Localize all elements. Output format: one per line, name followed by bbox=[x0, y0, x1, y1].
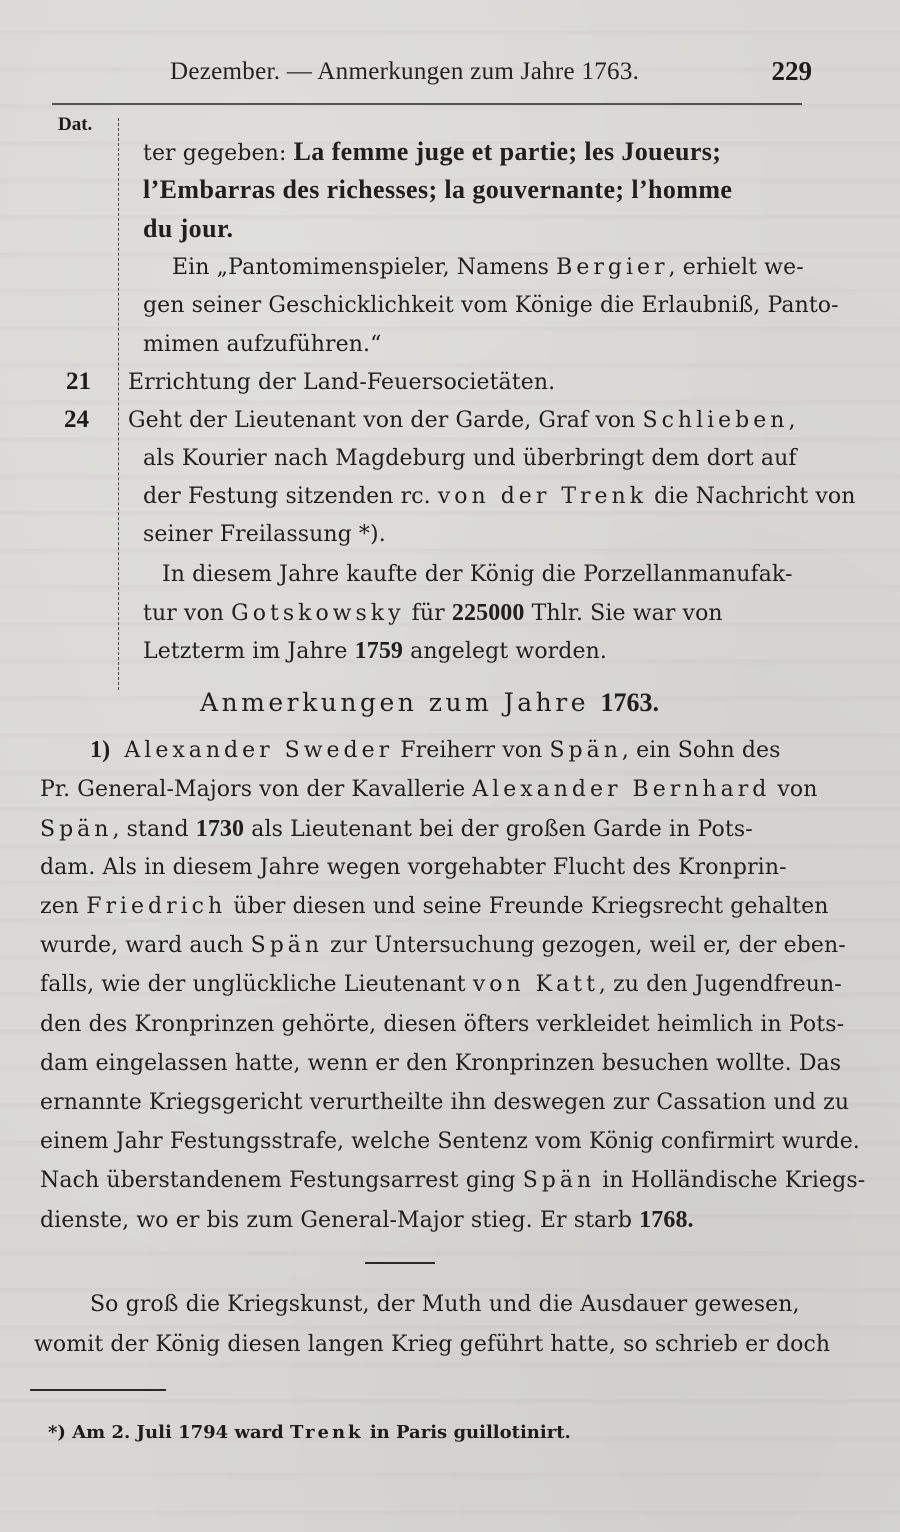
text-segment: zen bbox=[40, 894, 86, 919]
spaced-name: Bergier bbox=[556, 255, 668, 280]
text-line: mimen aufzuführen.“ bbox=[143, 330, 381, 360]
header-rule bbox=[52, 103, 802, 105]
text-line: l’Embarras des richesses; la gouvernante… bbox=[143, 175, 732, 205]
book-page: Dezember. — Anmerkungen zum Jahre 1763. … bbox=[0, 0, 900, 1532]
text-line: du jour. bbox=[143, 214, 233, 244]
section-heading: Anmerkungen zum Jahre 1763. bbox=[200, 688, 659, 718]
margin-column-label: Dat. bbox=[58, 114, 92, 136]
text-line: dienste, wo er bis zum General-Major sti… bbox=[40, 1205, 694, 1236]
text-segment: tur von bbox=[143, 601, 231, 626]
text-segment: zur Untersuchung gezogen, weil er, der e… bbox=[323, 933, 846, 958]
text-segment: , ein Sohn des bbox=[622, 738, 781, 763]
spaced-name: Spän bbox=[549, 738, 621, 763]
text-segment: als Lieutenant bei der großen Garde in P… bbox=[244, 817, 753, 842]
text-line: ernannte Kriegsgericht verurtheilte ihn … bbox=[40, 1088, 849, 1118]
spaced-name: Schlieben bbox=[643, 408, 789, 433]
text-line: Spän, stand 1730 als Lieutenant bei der … bbox=[40, 814, 753, 845]
text-segment: angelegt worden. bbox=[403, 639, 607, 664]
text-line: womit der König diesen langen Krieg gefü… bbox=[34, 1330, 830, 1360]
year: 1730 bbox=[196, 816, 244, 842]
spaced-name: von der Trenk bbox=[438, 484, 647, 509]
text-line: falls, wie der unglückliche Lieutenant v… bbox=[40, 970, 842, 1000]
text-segment: in Holländische Kriegs- bbox=[595, 1168, 865, 1193]
spaced-name: Spän bbox=[40, 817, 112, 842]
text-line: Pr. General-Majors von der Kavallerie Al… bbox=[40, 775, 818, 805]
text-segment: falls, wie der unglückliche Lieutenant bbox=[40, 972, 473, 997]
text-line: So groß die Kriegskunst, der Muth und di… bbox=[90, 1290, 800, 1320]
latin-text: La femme juge et partie; les Joueurs; bbox=[294, 137, 722, 166]
margin-date-24: 24 bbox=[64, 406, 89, 434]
text-segment: Nach überstandenem Festungsarrest ging bbox=[40, 1168, 523, 1193]
page-number: 229 bbox=[772, 56, 813, 87]
text-line: ter gegeben: La femme juge et partie; le… bbox=[143, 137, 815, 169]
margin-divider bbox=[118, 118, 119, 690]
text-line: als Kourier nach Magdeburg und überbring… bbox=[143, 444, 797, 474]
text-line: dam. Als in diesem Jahre wegen vorgehabt… bbox=[40, 853, 787, 883]
text-segment: , stand bbox=[112, 817, 195, 842]
text-segment: über diesen und seine Freunde Kriegsrech… bbox=[226, 894, 828, 919]
text-segment: Am 2. Juli 1794 ward bbox=[66, 1422, 290, 1443]
text-segment: Thlr. Sie war von bbox=[525, 601, 723, 626]
year: 1759 bbox=[355, 638, 403, 664]
text-line: Nach überstandenem Festungsarrest ging S… bbox=[40, 1166, 865, 1196]
margin-date-21: 21 bbox=[66, 368, 91, 396]
entry-21-text: Errichtung der Land-Feuersocietäten. bbox=[128, 368, 555, 398]
text-line: seiner Freilassung *). bbox=[143, 520, 386, 550]
text-line: zen Friedrich über diesen und seine Freu… bbox=[40, 892, 829, 922]
text-segment: , zu den Jugendfreun- bbox=[599, 972, 842, 997]
text-segment: Pr. General-Majors von der Kavallerie bbox=[40, 777, 472, 802]
text-segment: , bbox=[788, 408, 795, 433]
text-line: gen seiner Geschicklichkeit vom Könige d… bbox=[143, 291, 839, 321]
running-header: Dezember. — Anmerkungen zum Jahre 1763. … bbox=[170, 54, 820, 94]
running-title: Dezember. — Anmerkungen zum Jahre 1763. bbox=[170, 58, 639, 86]
footnote: *) Am 2. Juli 1794 ward Trenk in Paris g… bbox=[48, 1422, 571, 1443]
amount: 225000 bbox=[452, 600, 525, 626]
text-segment: Freiherr von bbox=[393, 738, 549, 763]
text-segment: für bbox=[405, 601, 452, 626]
text-segment: wurde, ward auch bbox=[40, 933, 251, 958]
text-line: Ein „Pantomimenspieler, Namens Bergier, … bbox=[172, 253, 804, 283]
section-separator bbox=[365, 1262, 435, 1264]
text-line: wurde, ward auch Spän zur Untersuchung g… bbox=[40, 931, 846, 961]
spaced-name: Spän bbox=[523, 1168, 595, 1193]
spaced-name: Alexander Bernhard bbox=[472, 777, 770, 802]
text-segment: Geht der Lieutenant von der Garde, Graf … bbox=[128, 408, 643, 433]
spaced-name: Alexander Sweder bbox=[124, 738, 393, 763]
text-line: Letzterm im Jahre 1759 angelegt worden. bbox=[143, 636, 607, 667]
text-line: den des Kronprinzen gehörte, diesen öfte… bbox=[40, 1010, 844, 1040]
section-heading-year: 1763. bbox=[600, 688, 659, 717]
spaced-name: von Katt bbox=[473, 972, 599, 997]
text-segment: von bbox=[770, 777, 817, 802]
spaced-name: Trenk bbox=[290, 1422, 364, 1443]
year: 1768. bbox=[639, 1207, 694, 1233]
text-segment: in Paris guillotinirt. bbox=[364, 1422, 571, 1443]
footnote-rule bbox=[30, 1389, 166, 1391]
section-heading-text: Anmerkungen zum Jahre bbox=[200, 688, 600, 717]
footnote-marker: *) bbox=[48, 1422, 66, 1443]
text-segment: Letzterm im Jahre bbox=[143, 639, 355, 664]
spaced-name: Gotskowsky bbox=[231, 601, 404, 626]
text-line: 1) Alexander Sweder Freiherr von Spän, e… bbox=[90, 735, 781, 766]
text-segment: ter gegeben: bbox=[143, 141, 294, 166]
text-segment: die Nachricht von bbox=[647, 484, 856, 509]
text-line: In diesem Jahre kaufte der König die Por… bbox=[162, 560, 793, 590]
text-line: der Festung sitzenden rc. von der Trenk … bbox=[143, 482, 856, 512]
spaced-name: Spän bbox=[251, 933, 323, 958]
spaced-name: Friedrich bbox=[86, 894, 226, 919]
text-segment: dienste, wo er bis zum General-Major sti… bbox=[40, 1208, 639, 1233]
text-segment: Ein „Pantomimenspieler, Namens bbox=[172, 255, 556, 280]
text-line: tur von Gotskowsky für 225000 Thlr. Sie … bbox=[143, 598, 723, 629]
text-segment: , erhielt we- bbox=[669, 255, 804, 280]
text-line: einem Jahr Festungsstrafe, welche Senten… bbox=[40, 1127, 860, 1157]
note-marker: 1) bbox=[90, 737, 110, 763]
text-line: dam eingelassen hatte, wenn er den Kronp… bbox=[40, 1049, 841, 1079]
text-segment: der Festung sitzenden rc. bbox=[143, 484, 438, 509]
text-line: Geht der Lieutenant von der Garde, Graf … bbox=[128, 406, 796, 436]
